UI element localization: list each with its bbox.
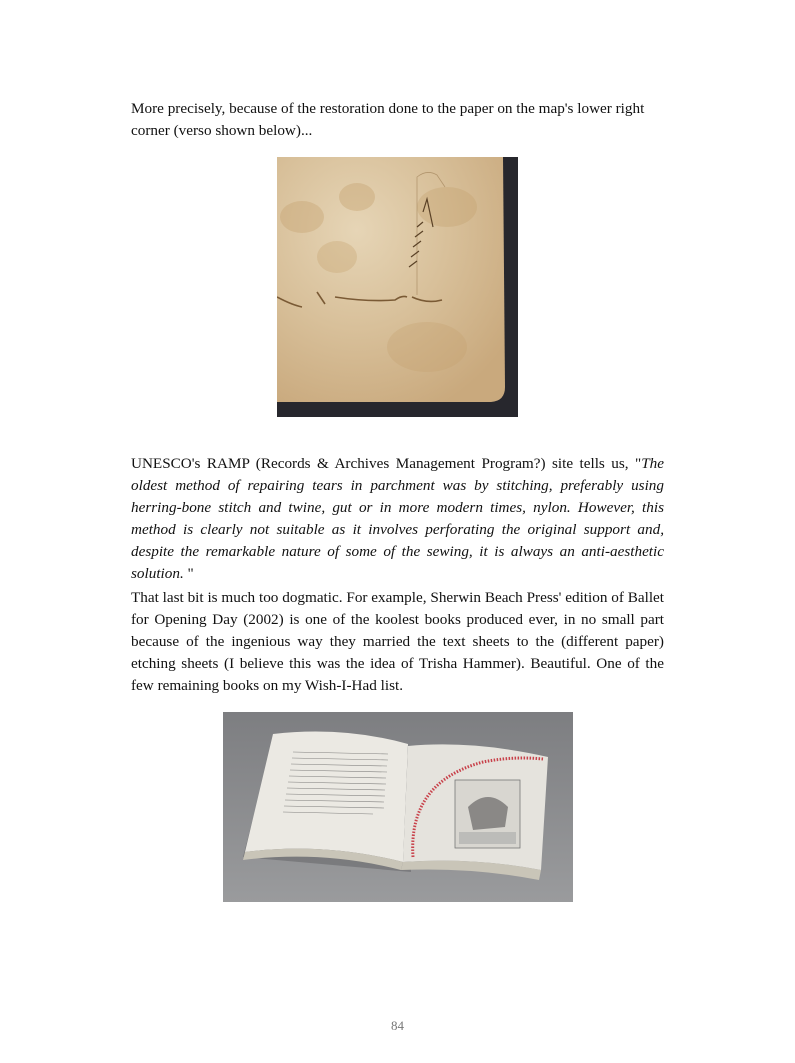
open-book-photo-graphic: [223, 712, 573, 902]
map-corner-photo-graphic: [277, 157, 518, 417]
unesco-quote-paragraph: UNESCO's RAMP (Records & Archives Manage…: [131, 453, 664, 585]
quote-end: ": [184, 565, 194, 582]
quote-lead: UNESCO's RAMP (Records & Archives Manage…: [131, 455, 641, 472]
commentary-paragraph: That last bit is much too dogmatic. For …: [131, 587, 664, 697]
map-corner-photo: [277, 157, 518, 417]
page-number: 84: [0, 1018, 795, 1034]
quote-text: The oldest method of repairing tears in …: [131, 455, 664, 582]
open-book-photo: [223, 712, 573, 902]
intro-paragraph: More precisely, because of the restorati…: [131, 98, 664, 142]
